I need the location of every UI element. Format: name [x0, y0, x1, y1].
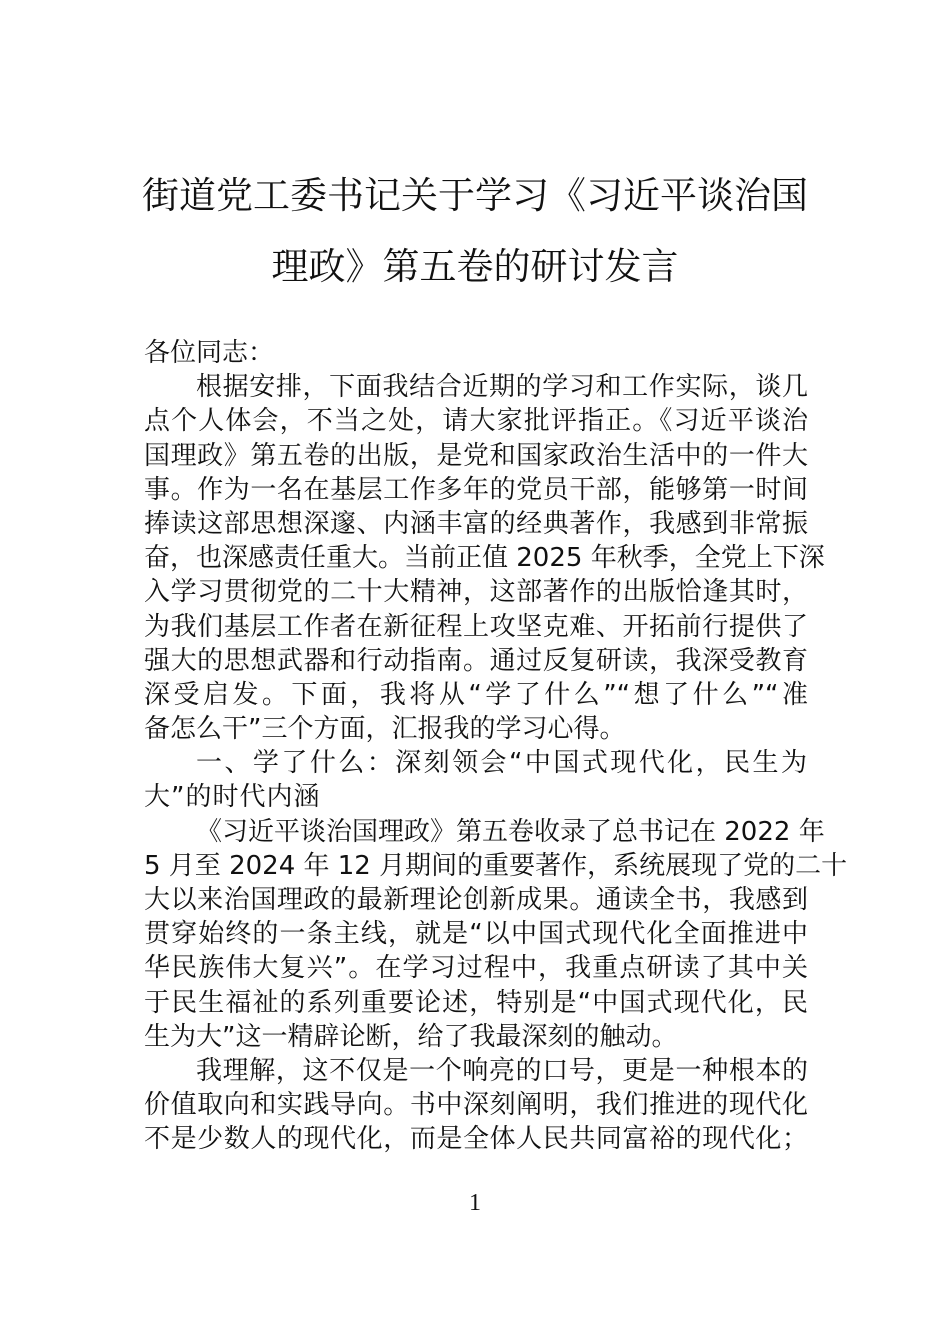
- paragraph-line: 事。作为一名在基层工作多年的党员干部，能够第一时间: [144, 473, 808, 507]
- paragraph-line: 为我们基层工作者在新征程上攻坚克难、开拓前行提供了: [144, 610, 808, 644]
- paragraph-line: 备怎么干”三个方面，汇报我的学习心得。: [144, 712, 808, 746]
- document-page: 街道党工委书记关于学习《习近平谈治国 理政》第五卷的研讨发言 各位同志： 根据安…: [0, 0, 950, 1344]
- paragraph-line: 生为大”这一精辟论断，给了我最深刻的触动。: [144, 1020, 808, 1054]
- document-title-line-1: 街道党工委书记关于学习《习近平谈治国: [140, 176, 810, 216]
- paragraph-line: 深受启发。下面，我将从“学了什么”“想了什么”“准: [144, 678, 808, 712]
- document-body: 各位同志： 根据安排，下面我结合近期的学习和工作实际，谈几 点个人体会，不当之处…: [144, 336, 808, 1157]
- paragraph-line: 华民族伟大复兴”。在学习过程中，我重点研读了其中关: [144, 951, 808, 985]
- paragraph-line: 贯穿始终的一条主线，就是“以中国式现代化全面推进中: [144, 917, 808, 951]
- paragraph-line: 大以来治国理政的最新理论创新成果。通读全书，我感到: [144, 883, 808, 917]
- paragraph-line: 于民生福祉的系列重要论述，特别是“中国式现代化，民: [144, 986, 808, 1020]
- paragraph-line: 国理政》第五卷的出版，是党和国家政治生活中的一件大: [144, 439, 808, 473]
- paragraph-line: 《习近平谈治国理政》第五卷收录了总书记在 2022 年: [144, 815, 808, 849]
- paragraph-line: 强大的思想武器和行动指南。通过反复研读，我深受教育: [144, 644, 808, 678]
- paragraph-line: 点个人体会，不当之处，请大家批评指正。《习近平谈治: [144, 404, 808, 438]
- document-title-line-2: 理政》第五卷的研讨发言: [140, 247, 810, 287]
- paragraph-line: 不是少数人的现代化，而是全体人民共同富裕的现代化；: [144, 1122, 808, 1156]
- section-heading-line: 一、学了什么：深刻领会“中国式现代化，民生为: [144, 746, 808, 780]
- paragraph-line: 价值取向和实践导向。书中深刻阐明，我们推进的现代化: [144, 1088, 808, 1122]
- paragraph-line: 奋，也深感责任重大。当前正值 2025 年秋季，全党上下深: [144, 541, 808, 575]
- paragraph-line: 捧读这部思想深邃、内涵丰富的经典著作，我感到非常振: [144, 507, 808, 541]
- paragraph-line: 我理解，这不仅是一个响亮的口号，更是一种根本的: [144, 1054, 808, 1088]
- section-heading-line: 大”的时代内涵: [144, 780, 808, 814]
- paragraph-line: 入学习贯彻党的二十大精神，这部著作的出版恰逢其时，: [144, 575, 808, 609]
- paragraph-line: 5 月至 2024 年 12 月期间的重要著作，系统展现了党的二十: [144, 849, 808, 883]
- salutation: 各位同志：: [144, 336, 808, 370]
- paragraph-line: 根据安排，下面我结合近期的学习和工作实际，谈几: [144, 370, 808, 404]
- page-number: 1: [0, 1190, 950, 1217]
